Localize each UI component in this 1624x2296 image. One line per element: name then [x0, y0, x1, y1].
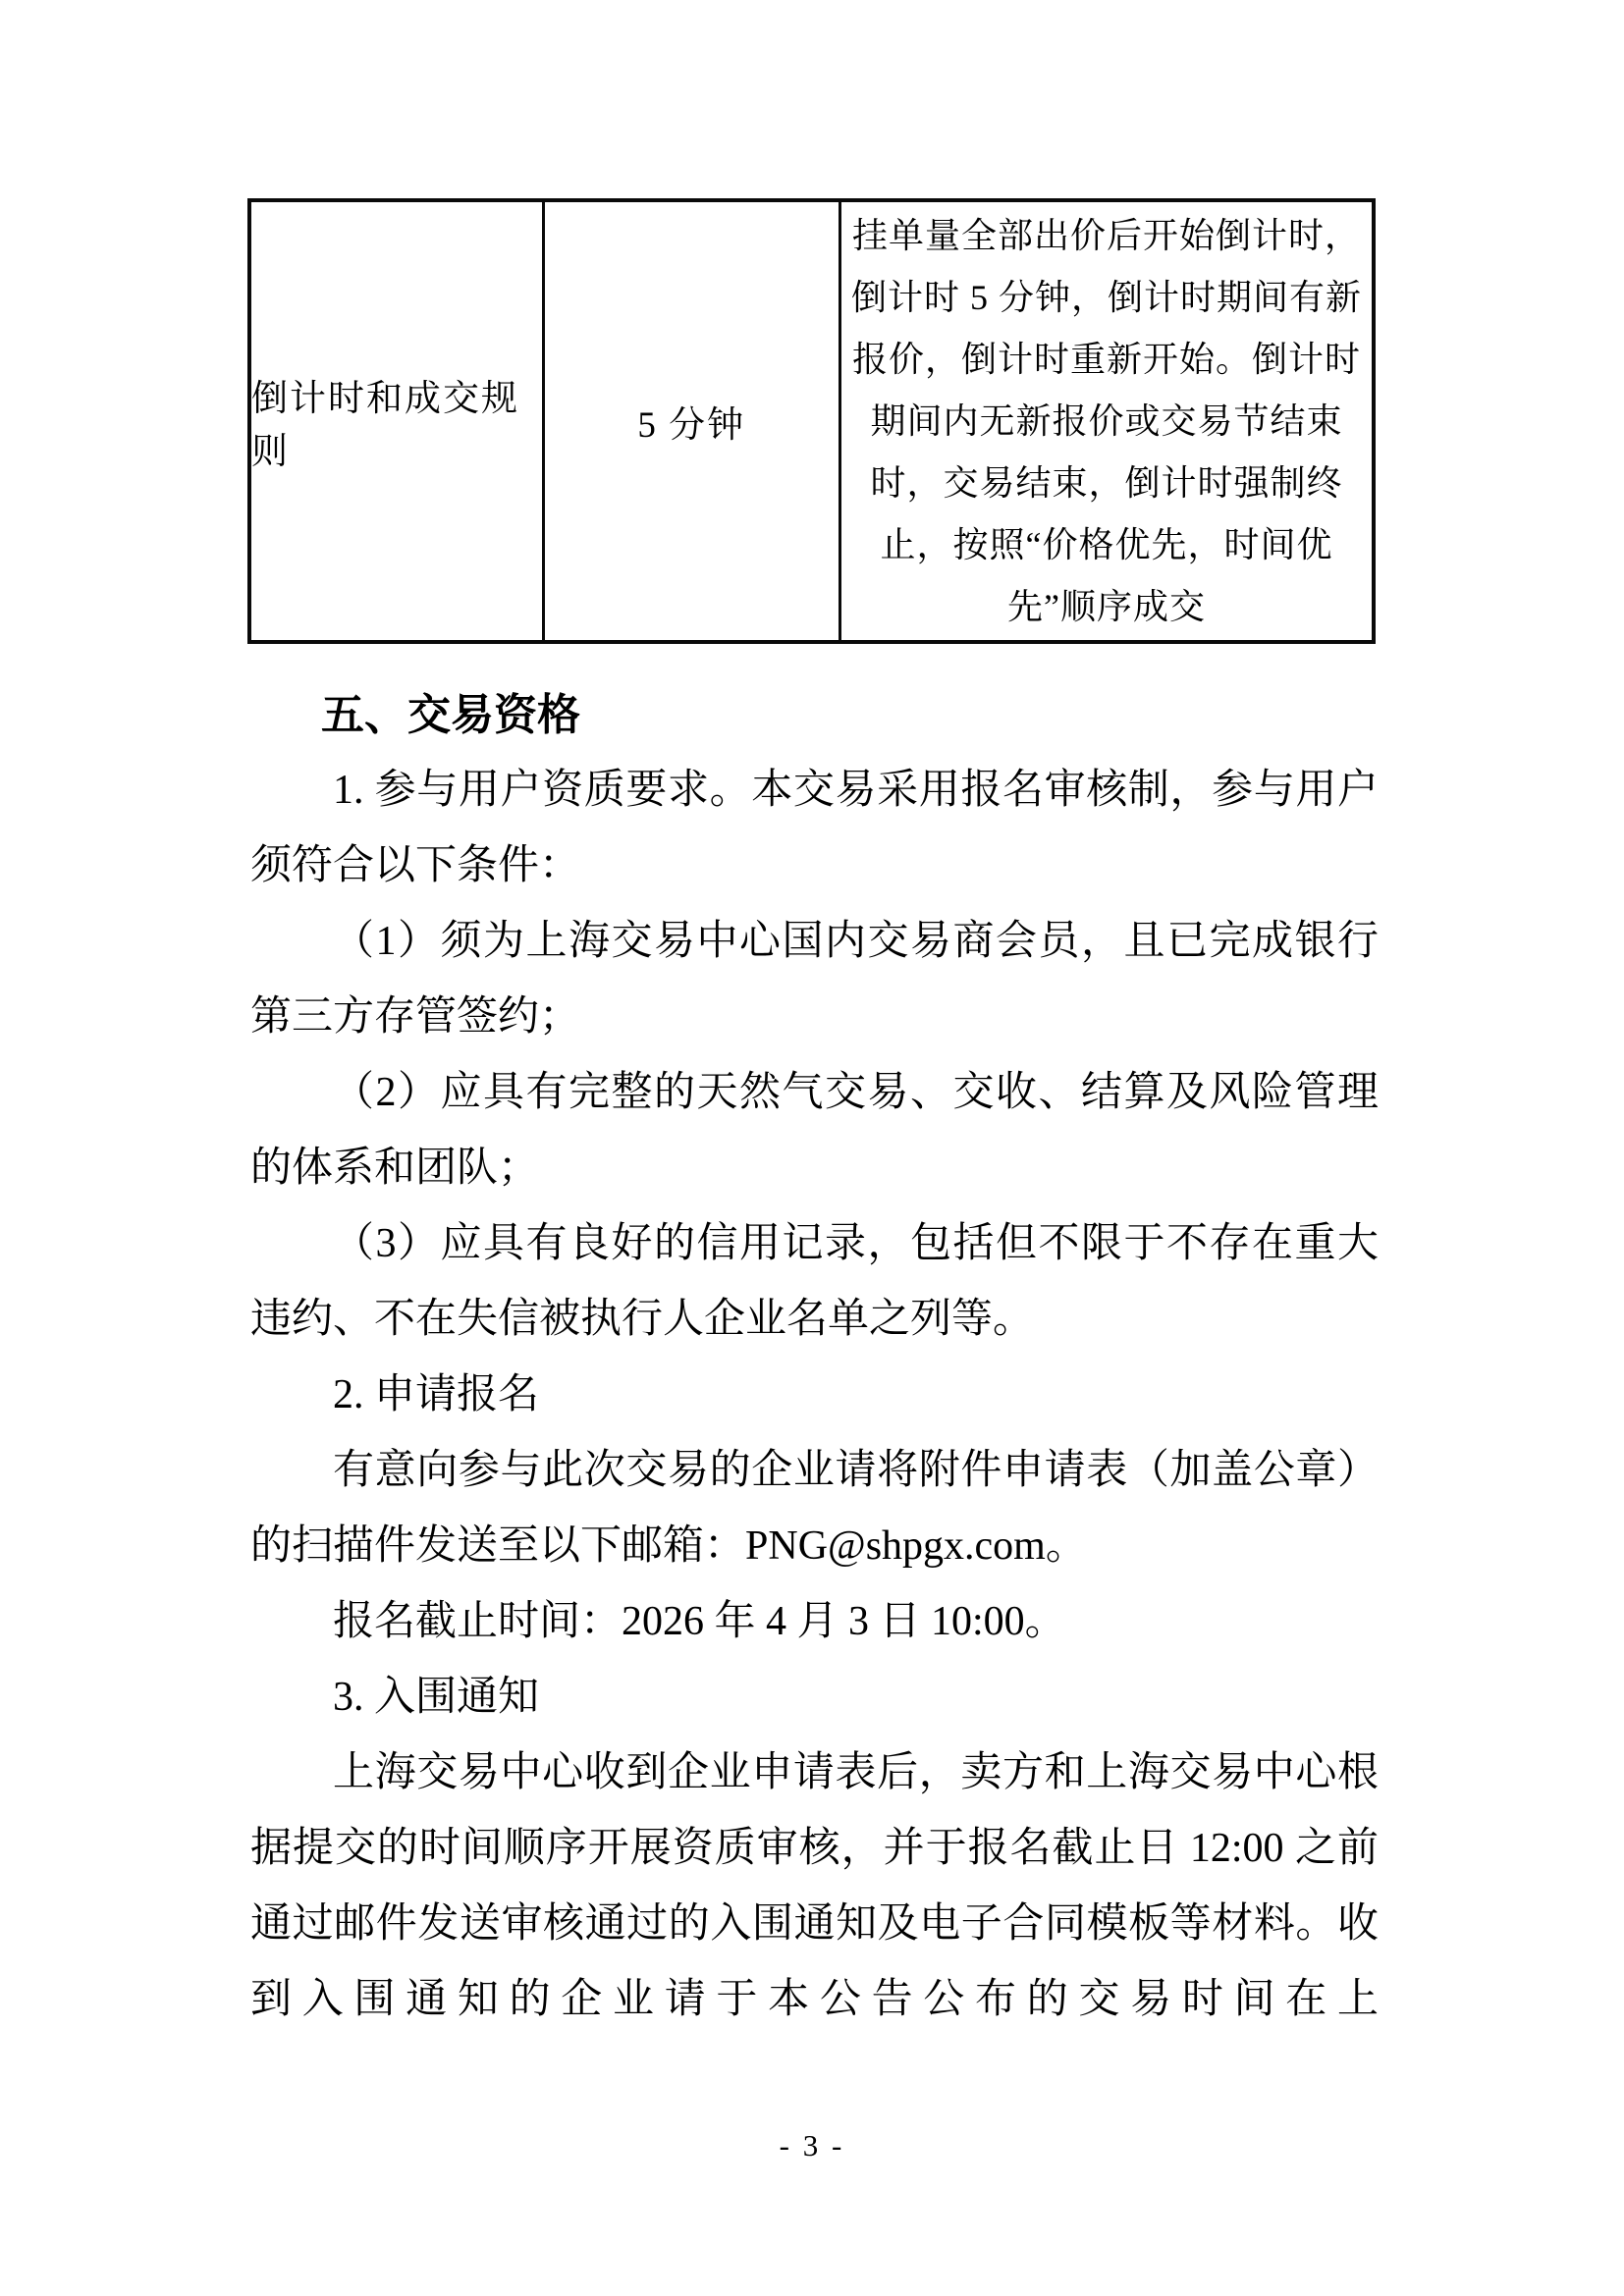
value-label: 5 分钟 [637, 395, 745, 448]
table-cell-description: 挂单量全部出价后开始倒计时， 倒计时 5 分钟，倒计时期间有新 报价，倒计时重新… [841, 202, 1372, 640]
paragraph-apply-email: 有意向参与此次交易的企业请将附件申请表（加盖公章）的扫描件发送至以下邮箱：PNG… [250, 1433, 1379, 1584]
description-line: 期间内无新报价或交易节结束 [870, 391, 1342, 453]
description-line: 止，按照“价格优先，时间优 [881, 514, 1333, 576]
paragraph-condition-2: （2）应具有完整的天然气交易、交收、结算及风险管理的体系和团队； [250, 1055, 1379, 1206]
paragraph-condition-3: （3）应具有良好的信用记录，包括但不限于不存在重大违约、不在失信被执行人企业名单… [250, 1206, 1379, 1358]
description-line: 倒计时 5 分钟，倒计时期间有新 [851, 267, 1362, 329]
paragraph-deadline: 报名截止时间：2026 年 4 月 3 日 10:00。 [250, 1584, 1379, 1660]
description-line: 时，交易结束，倒计时强制终 [870, 453, 1342, 514]
document-page: 倒计时和成交规则 5 分钟 挂单量全部出价后开始倒计时， 倒计时 5 分钟，倒计… [0, 0, 1624, 2296]
paragraph-shortlist-heading: 3. 入围通知 [250, 1660, 1379, 1735]
page-number: - 3 - [0, 2128, 1624, 2163]
paragraph-condition-1: （1）须为上海交易中心国内交易商会员，且已完成银行第三方存管签约； [250, 904, 1379, 1055]
section-trading-qualification: 五、交易资格 1. 参与用户资质要求。本交易采用报名审核制，参与用户须符合以下条… [250, 677, 1379, 2038]
paragraph-user-requirements: 1. 参与用户资质要求。本交易采用报名审核制，参与用户须符合以下条件： [250, 753, 1379, 904]
paragraph-apply-heading: 2. 申请报名 [250, 1358, 1379, 1433]
paragraph-shortlist-process: 上海交易中心收到企业申请表后，卖方和上海交易中心根据提交的时间顺序开展资质审核，… [250, 1735, 1379, 2038]
table-cell-term: 倒计时和成交规则 [251, 202, 542, 640]
table-cell-value: 5 分钟 [542, 202, 841, 640]
term-label: 倒计时和成交规则 [251, 368, 542, 474]
section-heading: 五、交易资格 [250, 677, 1379, 753]
description-line: 报价，倒计时重新开始。倒计时 [852, 329, 1361, 391]
description-line: 先”顺序成交 [1007, 576, 1206, 638]
rules-table: 倒计时和成交规则 5 分钟 挂单量全部出价后开始倒计时， 倒计时 5 分钟，倒计… [247, 198, 1376, 644]
description-line: 挂单量全部出价后开始倒计时， [852, 205, 1361, 267]
